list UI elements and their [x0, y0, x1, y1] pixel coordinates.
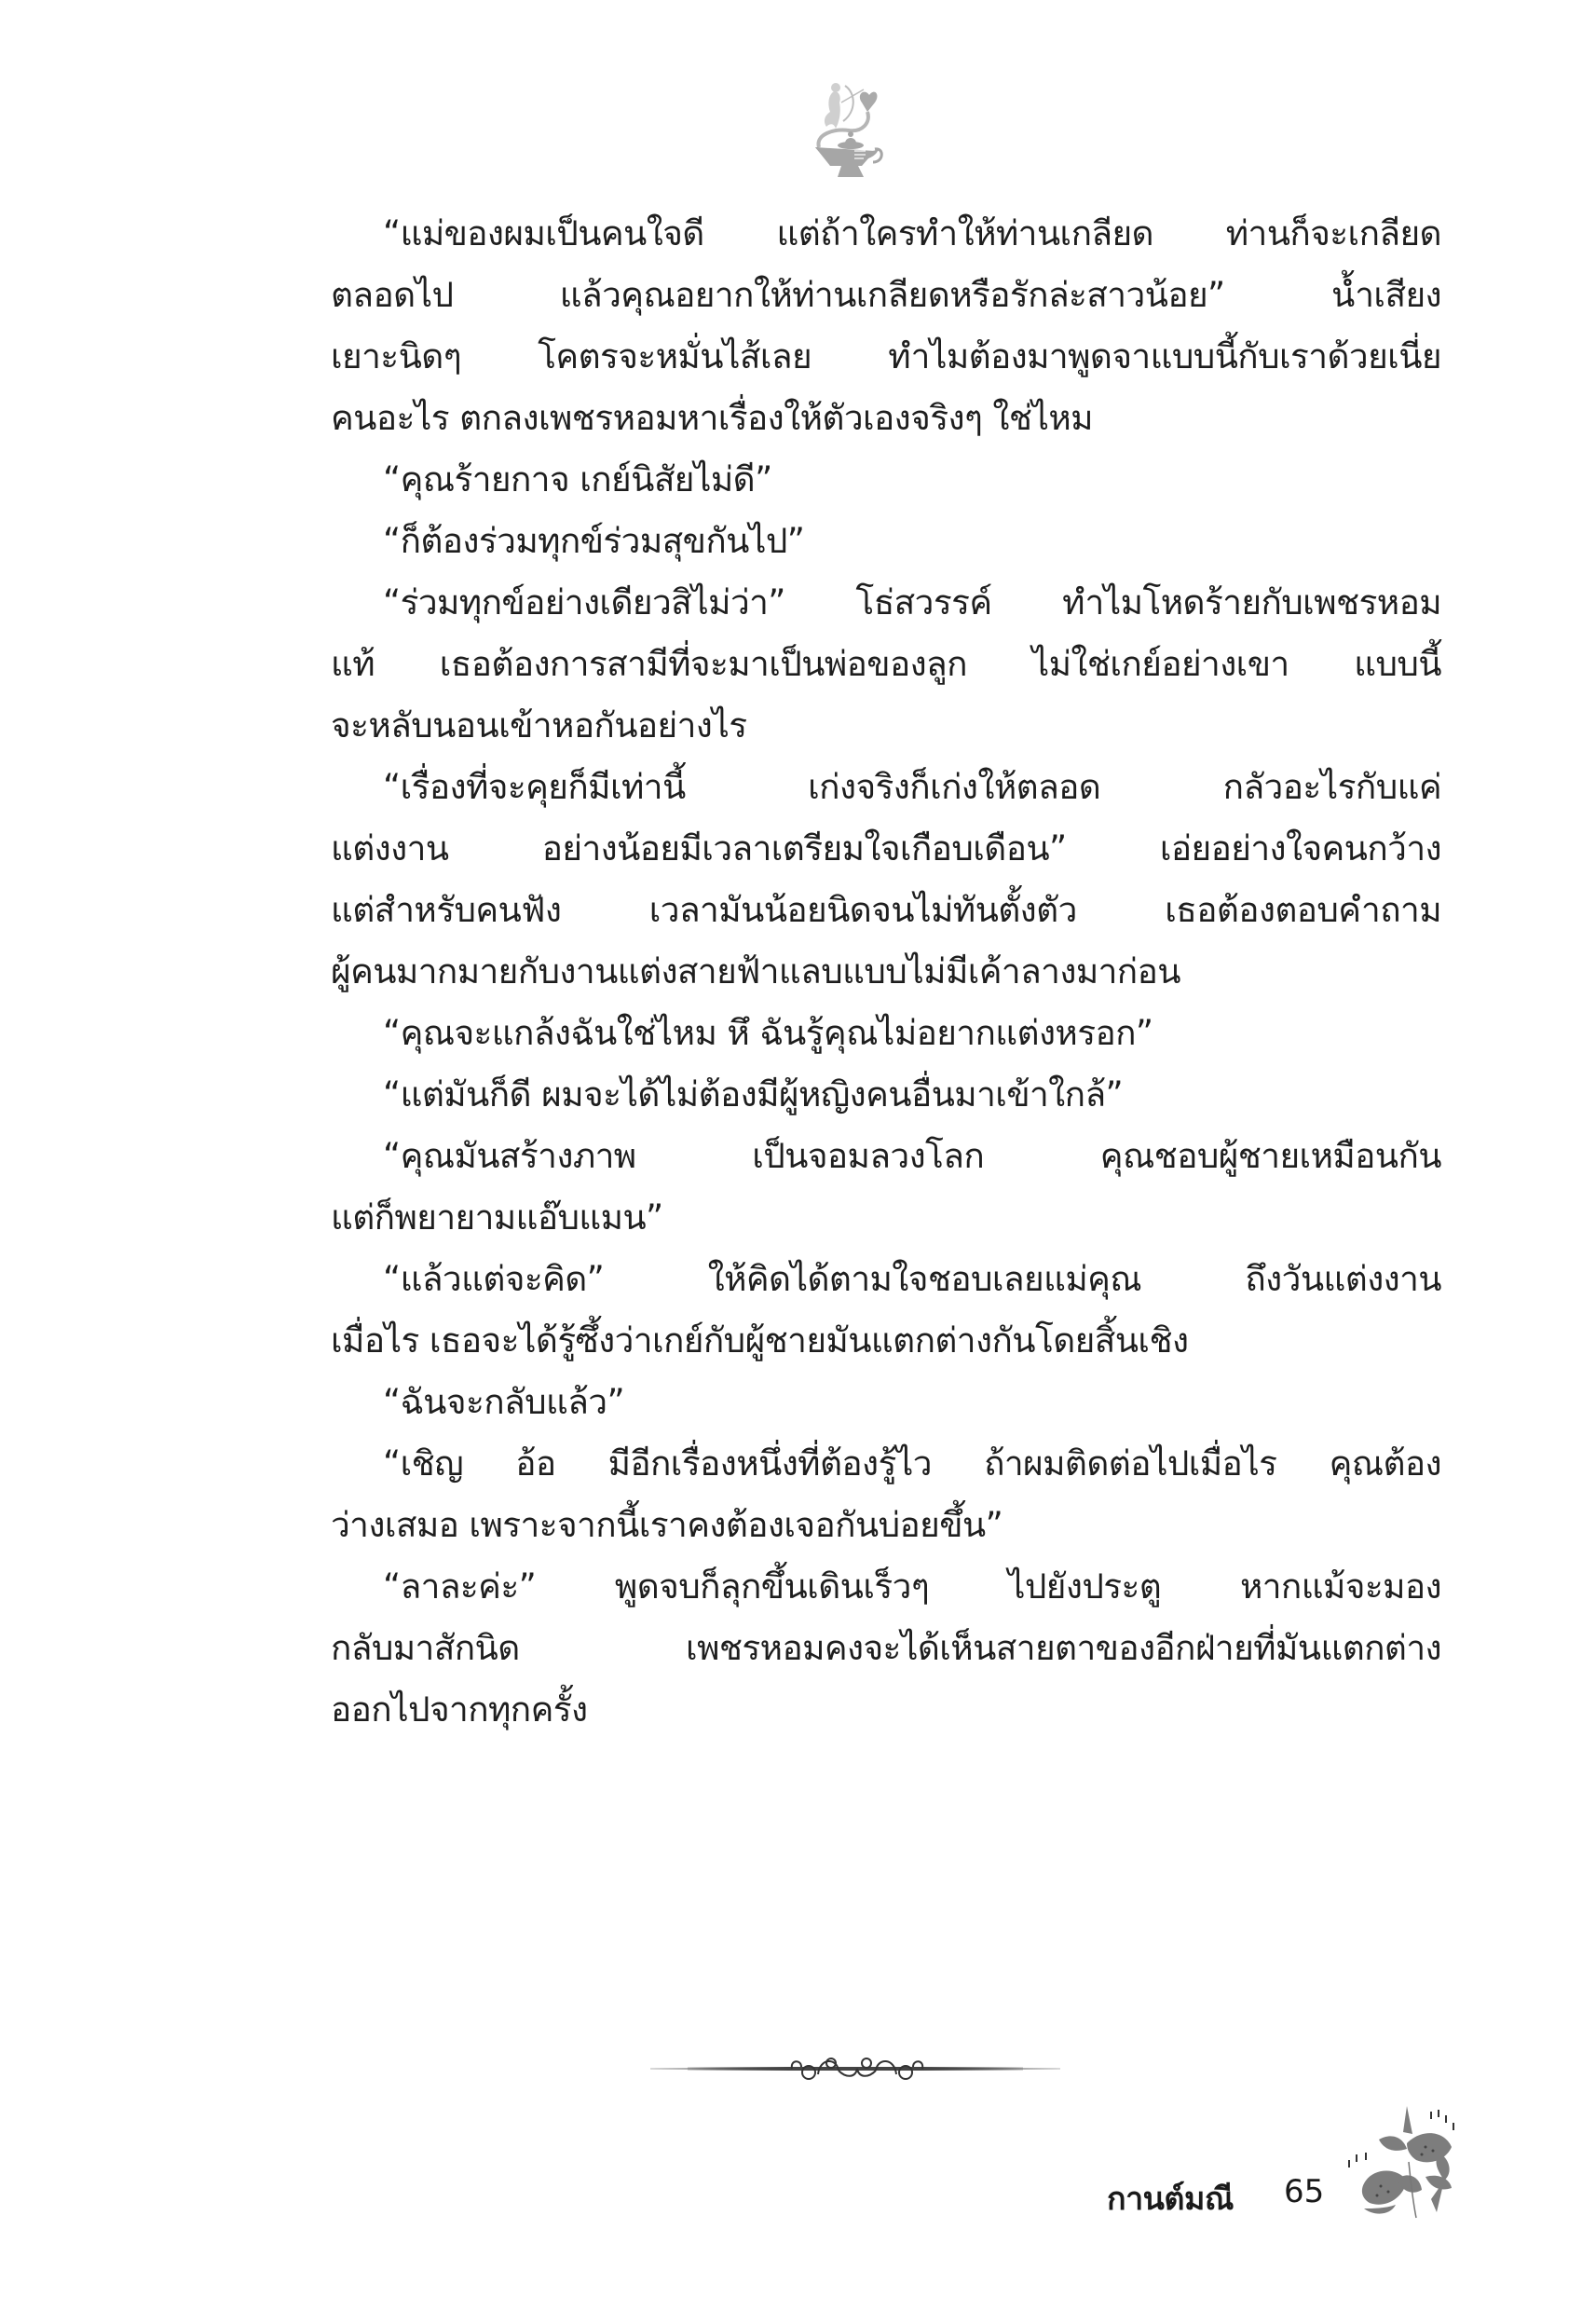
text-line: คนอะไร ตกลงเพชรหอมหาเรื่องให้ตัวเองจริงๆ…	[331, 388, 1441, 449]
text-line: “แม่ของผมเป็นคนใจดี แต่ถ้าใครทำให้ท่านเก…	[331, 203, 1441, 265]
text-line: ว่างเสมอ เพราะจากนี้เราคงต้องเจอกันบ่อยข…	[331, 1495, 1441, 1556]
text-line: แต่ก็พยายามแอ๊บแมน”	[331, 1187, 1441, 1249]
text-line: “ลาละค่ะ” พูดจบก็ลุกขึ้นเดินเร็วๆ ไปยังป…	[331, 1556, 1441, 1618]
text-line: “แต่มันก็ดี ผมจะได้ไม่ต้องมีผู้หญิงคนอื่…	[331, 1064, 1441, 1126]
text-line: แท้ เธอต้องการสามีที่จะมาเป็นพ่อของลูก ไ…	[331, 634, 1441, 695]
text-line: แต่งงาน อย่างน้อยมีเวลาเตรียมใจเกือบเดือ…	[331, 818, 1441, 880]
body-text: “แม่ของผมเป็นคนใจดี แต่ถ้าใครทำให้ท่านเก…	[331, 203, 1441, 1741]
text-line: “คุณจะแกล้งฉันใช่ไหม หึ ฉันรู้คุณไม่อยาก…	[331, 1003, 1441, 1064]
genie-lamp-cupid-icon	[797, 75, 885, 186]
book-page: “แม่ของผมเป็นคนใจดี แต่ถ้าใครทำให้ท่านเก…	[0, 0, 1596, 2311]
scroll-flourish-divider-icon	[650, 2050, 1060, 2087]
text-line: กลับมาสักนิด เพชรหอมคงจะได้เห็นสายตาของอ…	[331, 1618, 1441, 1679]
text-line: เยาะนิดๆ โคตรจะหมั่นไส้เลย ทำไมต้องมาพูด…	[331, 326, 1441, 388]
text-line: “คุณร้ายกาจ เกย์นิสัยไม่ดี”	[331, 449, 1441, 511]
text-line: เมื่อไร เธอจะได้รู้ซึ้งว่าเกย์กับผู้ชายม…	[331, 1310, 1441, 1372]
text-line: “เชิญ อ้อ มีอีกเรื่องหนึ่งที่ต้องรู้ไว ถ…	[331, 1433, 1441, 1495]
page-number: 65	[1284, 2173, 1324, 2210]
text-line: “คุณมันสร้างภาพ เป็นจอมลวงโลก คุณชอบผู้ช…	[331, 1126, 1441, 1187]
text-line: แต่สำหรับคนฟัง เวลามันน้อยนิดจนไม่ทันตั้…	[331, 880, 1441, 941]
text-line: “ฉันจะกลับแล้ว”	[331, 1372, 1441, 1433]
text-line: จะหลับนอนเข้าหอกันอย่างไร	[331, 695, 1441, 757]
text-line: ตลอดไป แล้วคุณอยากให้ท่านเกลียดหรือรักล่…	[331, 265, 1441, 326]
text-line: “ก็ต้องร่วมทุกข์ร่วมสุขกันไป”	[331, 511, 1441, 572]
text-line: “เรื่องที่จะคุยก็มีเท่านี้ เก่งจริงก็เก่…	[331, 757, 1441, 818]
text-line: “ร่วมทุกข์อย่างเดียวสิไม่ว่า” โธ่สวรรค์ …	[331, 572, 1441, 634]
text-line: “แล้วแต่จะคิด” ให้คิดได้ตามใจชอบเลยแม่คุ…	[331, 1249, 1441, 1310]
lily-flower-icon	[1342, 2106, 1472, 2227]
text-line: ออกไปจากทุกครั้ง	[331, 1679, 1441, 1741]
book-title: กานต์มณี	[1107, 2173, 1234, 2223]
text-line: ผู้คนมากมายกับงานแต่งสายฟ้าแลบแบบไม่มีเค…	[331, 941, 1441, 1003]
